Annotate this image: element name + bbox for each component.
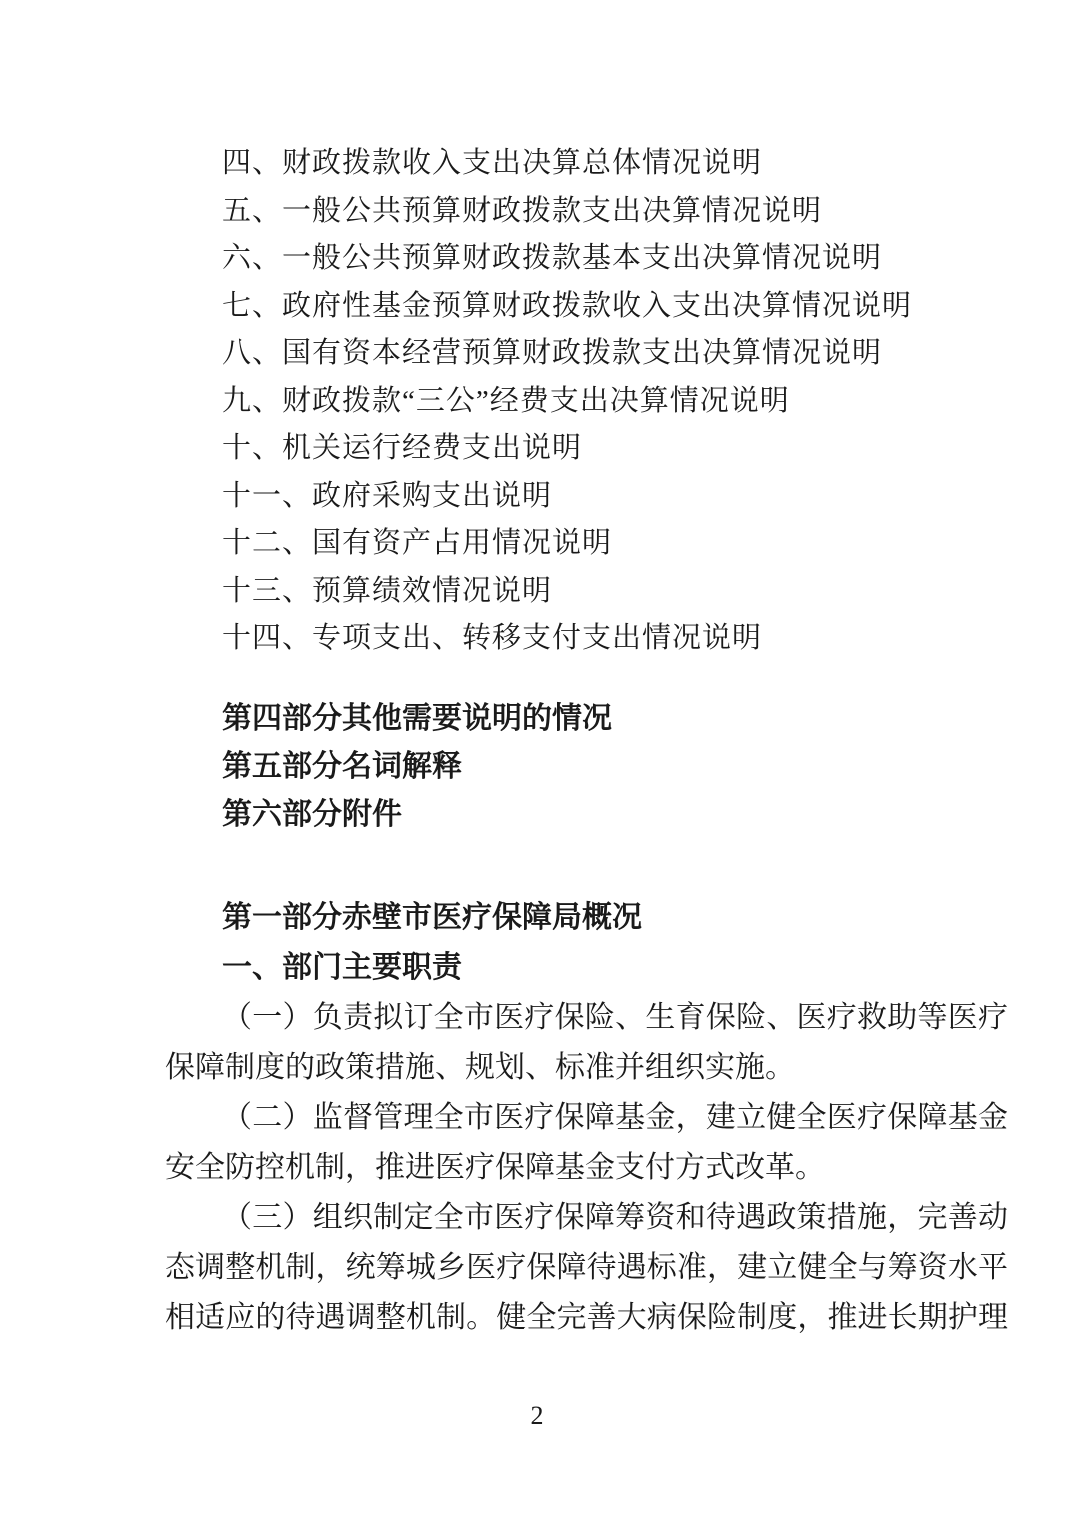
body-line: （一）负责拟订全市医疗保险、生育保险、医疗救助等医疗 [165,993,1008,1043]
body-line: 相适应的待遇调整机制。健全完善大病保险制度，推进长期护理 [165,1293,1008,1343]
toc-item: 十三、预算绩效情况说明 [165,568,1008,616]
toc-item: 十四、专项支出、转移支付支出情况说明 [165,615,1008,663]
toc-item: 九、财政拨款“三公”经费支出决算情况说明 [165,378,1008,426]
toc-item: 七、政府性基金预算财政拨款收入支出决算情况说明 [165,283,1008,331]
toc-item: 四、财政拨款收入支出决算总体情况说明 [165,140,1008,188]
toc-item: 六、一般公共预算财政拨款基本支出决算情况说明 [165,235,1008,283]
page-content: 四、财政拨款收入支出决算总体情况说明 五、一般公共预算财政拨款支出决算情况说明 … [165,140,1008,1343]
toc-item: 十二、国有资产占用情况说明 [165,520,1008,568]
toc-part-heading: 第四部分其他需要说明的情况 [165,695,1008,743]
subsection-heading: 一、部门主要职责 [165,943,1008,993]
toc-part-heading: 第五部分名词解释 [165,743,1008,791]
toc-item: 八、国有资本经营预算财政拨款支出决算情况说明 [165,330,1008,378]
toc-part-heading: 第六部分附件 [165,791,1008,839]
body-line: 安全防控机制，推进医疗保障基金支付方式改革。 [165,1143,1008,1193]
body-line: （三）组织制定全市医疗保障筹资和待遇政策措施，完善动 [165,1193,1008,1243]
toc-item: 十、机关运行经费支出说明 [165,425,1008,473]
document-page: 四、财政拨款收入支出决算总体情况说明 五、一般公共预算财政拨款支出决算情况说明 … [0,0,1074,1520]
part-one-title: 第一部分赤壁市医疗保障局概况 [165,893,1008,943]
body-line: 保障制度的政策措施、规划、标准并组织实施。 [165,1043,1008,1093]
page-number: 2 [0,1396,1074,1436]
body-line: 态调整机制，统筹城乡医疗保障待遇标准，建立健全与筹资水平 [165,1243,1008,1293]
body-line: （二）监督管理全市医疗保障基金，建立健全医疗保障基金 [165,1093,1008,1143]
toc-item: 五、一般公共预算财政拨款支出决算情况说明 [165,188,1008,236]
toc-part-headings: 第四部分其他需要说明的情况 第五部分名词解释 第六部分附件 [165,695,1008,839]
toc-item: 十一、政府采购支出说明 [165,473,1008,521]
